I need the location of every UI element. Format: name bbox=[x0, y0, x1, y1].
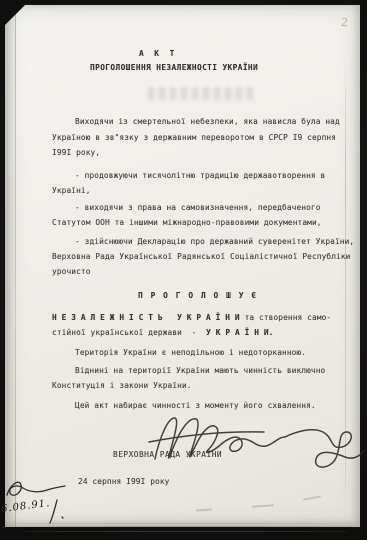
laws-clause-line: Віднині на території України мають чинні… bbox=[75, 366, 325, 376]
territory-clause: Територія України є неподільною і недото… bbox=[75, 348, 306, 358]
paragraph-line: - виходячи з права на самовизначення, пе… bbox=[75, 203, 321, 213]
proclamation-line: стійної української держави - У К Р А Ї … bbox=[52, 328, 273, 338]
independence-spaced-text: Н Е З А Л Е Ж Н І С Т Ь У К Р А Ї Н И bbox=[52, 313, 240, 322]
paragraph-line: - продовжуючи тисячолітню традицію держа… bbox=[75, 171, 325, 181]
page-left-fold-line bbox=[15, 5, 16, 527]
paragraph-line: Статутом ООН та іншими міжнародно-правов… bbox=[52, 218, 322, 228]
document-page bbox=[5, 5, 360, 527]
laws-clause-line: Конституція і закони України. bbox=[52, 381, 192, 391]
document-title: А К Т bbox=[139, 49, 175, 59]
issuer-name: ВЕРХОВНА РАДА УКРАЇНИ bbox=[113, 450, 222, 460]
paragraph-line: Україною в зв"язку з державним переворот… bbox=[52, 133, 336, 143]
paragraph-line: Виходячи із смертельної небезпеки, яка н… bbox=[75, 117, 340, 127]
proclamation-normal-text: стійної української держави - bbox=[52, 328, 206, 337]
page-bottom-edge bbox=[12, 526, 356, 527]
document-subtitle: ПРОГОЛОШЕННЯ НЕЗАЛЕЖНОСТІ УКРАЇНИ bbox=[90, 63, 258, 73]
paragraph-line: Верховна Рада Української Радянської Соц… bbox=[52, 252, 350, 262]
date-line: 24 серпня І99І року bbox=[78, 477, 169, 487]
document-photo: 2 А К Т ПРОГОЛОШЕННЯ НЕЗАЛЕЖНОСТІ УКРАЇН… bbox=[0, 0, 367, 540]
paragraph-line: Україні, bbox=[52, 186, 91, 196]
paragraph-line: урочисто bbox=[52, 267, 91, 277]
underlying-page-edge bbox=[345, 62, 346, 522]
bleed-through-smudge bbox=[148, 87, 254, 100]
paragraph-line: І99І року, bbox=[52, 148, 100, 158]
proclamation-line: Н Е З А Л Е Ж Н І С Т Ь У К Р А Ї Н И та… bbox=[52, 313, 331, 323]
paragraph-line: - здійснюючи Декларацію про державний су… bbox=[75, 237, 354, 247]
stacked-pages-edge bbox=[20, 531, 350, 532]
proclaims-heading: П Р О Г О Л О Ш У Є bbox=[138, 291, 258, 301]
proclamation-normal-text: та створення само- bbox=[240, 313, 331, 322]
effective-clause: Цей акт набирає чинності з моменту його … bbox=[75, 401, 316, 411]
ukraine-spaced-text: У К Р А Ї Н И. bbox=[206, 328, 273, 337]
page-bottom-edge bbox=[8, 523, 358, 524]
